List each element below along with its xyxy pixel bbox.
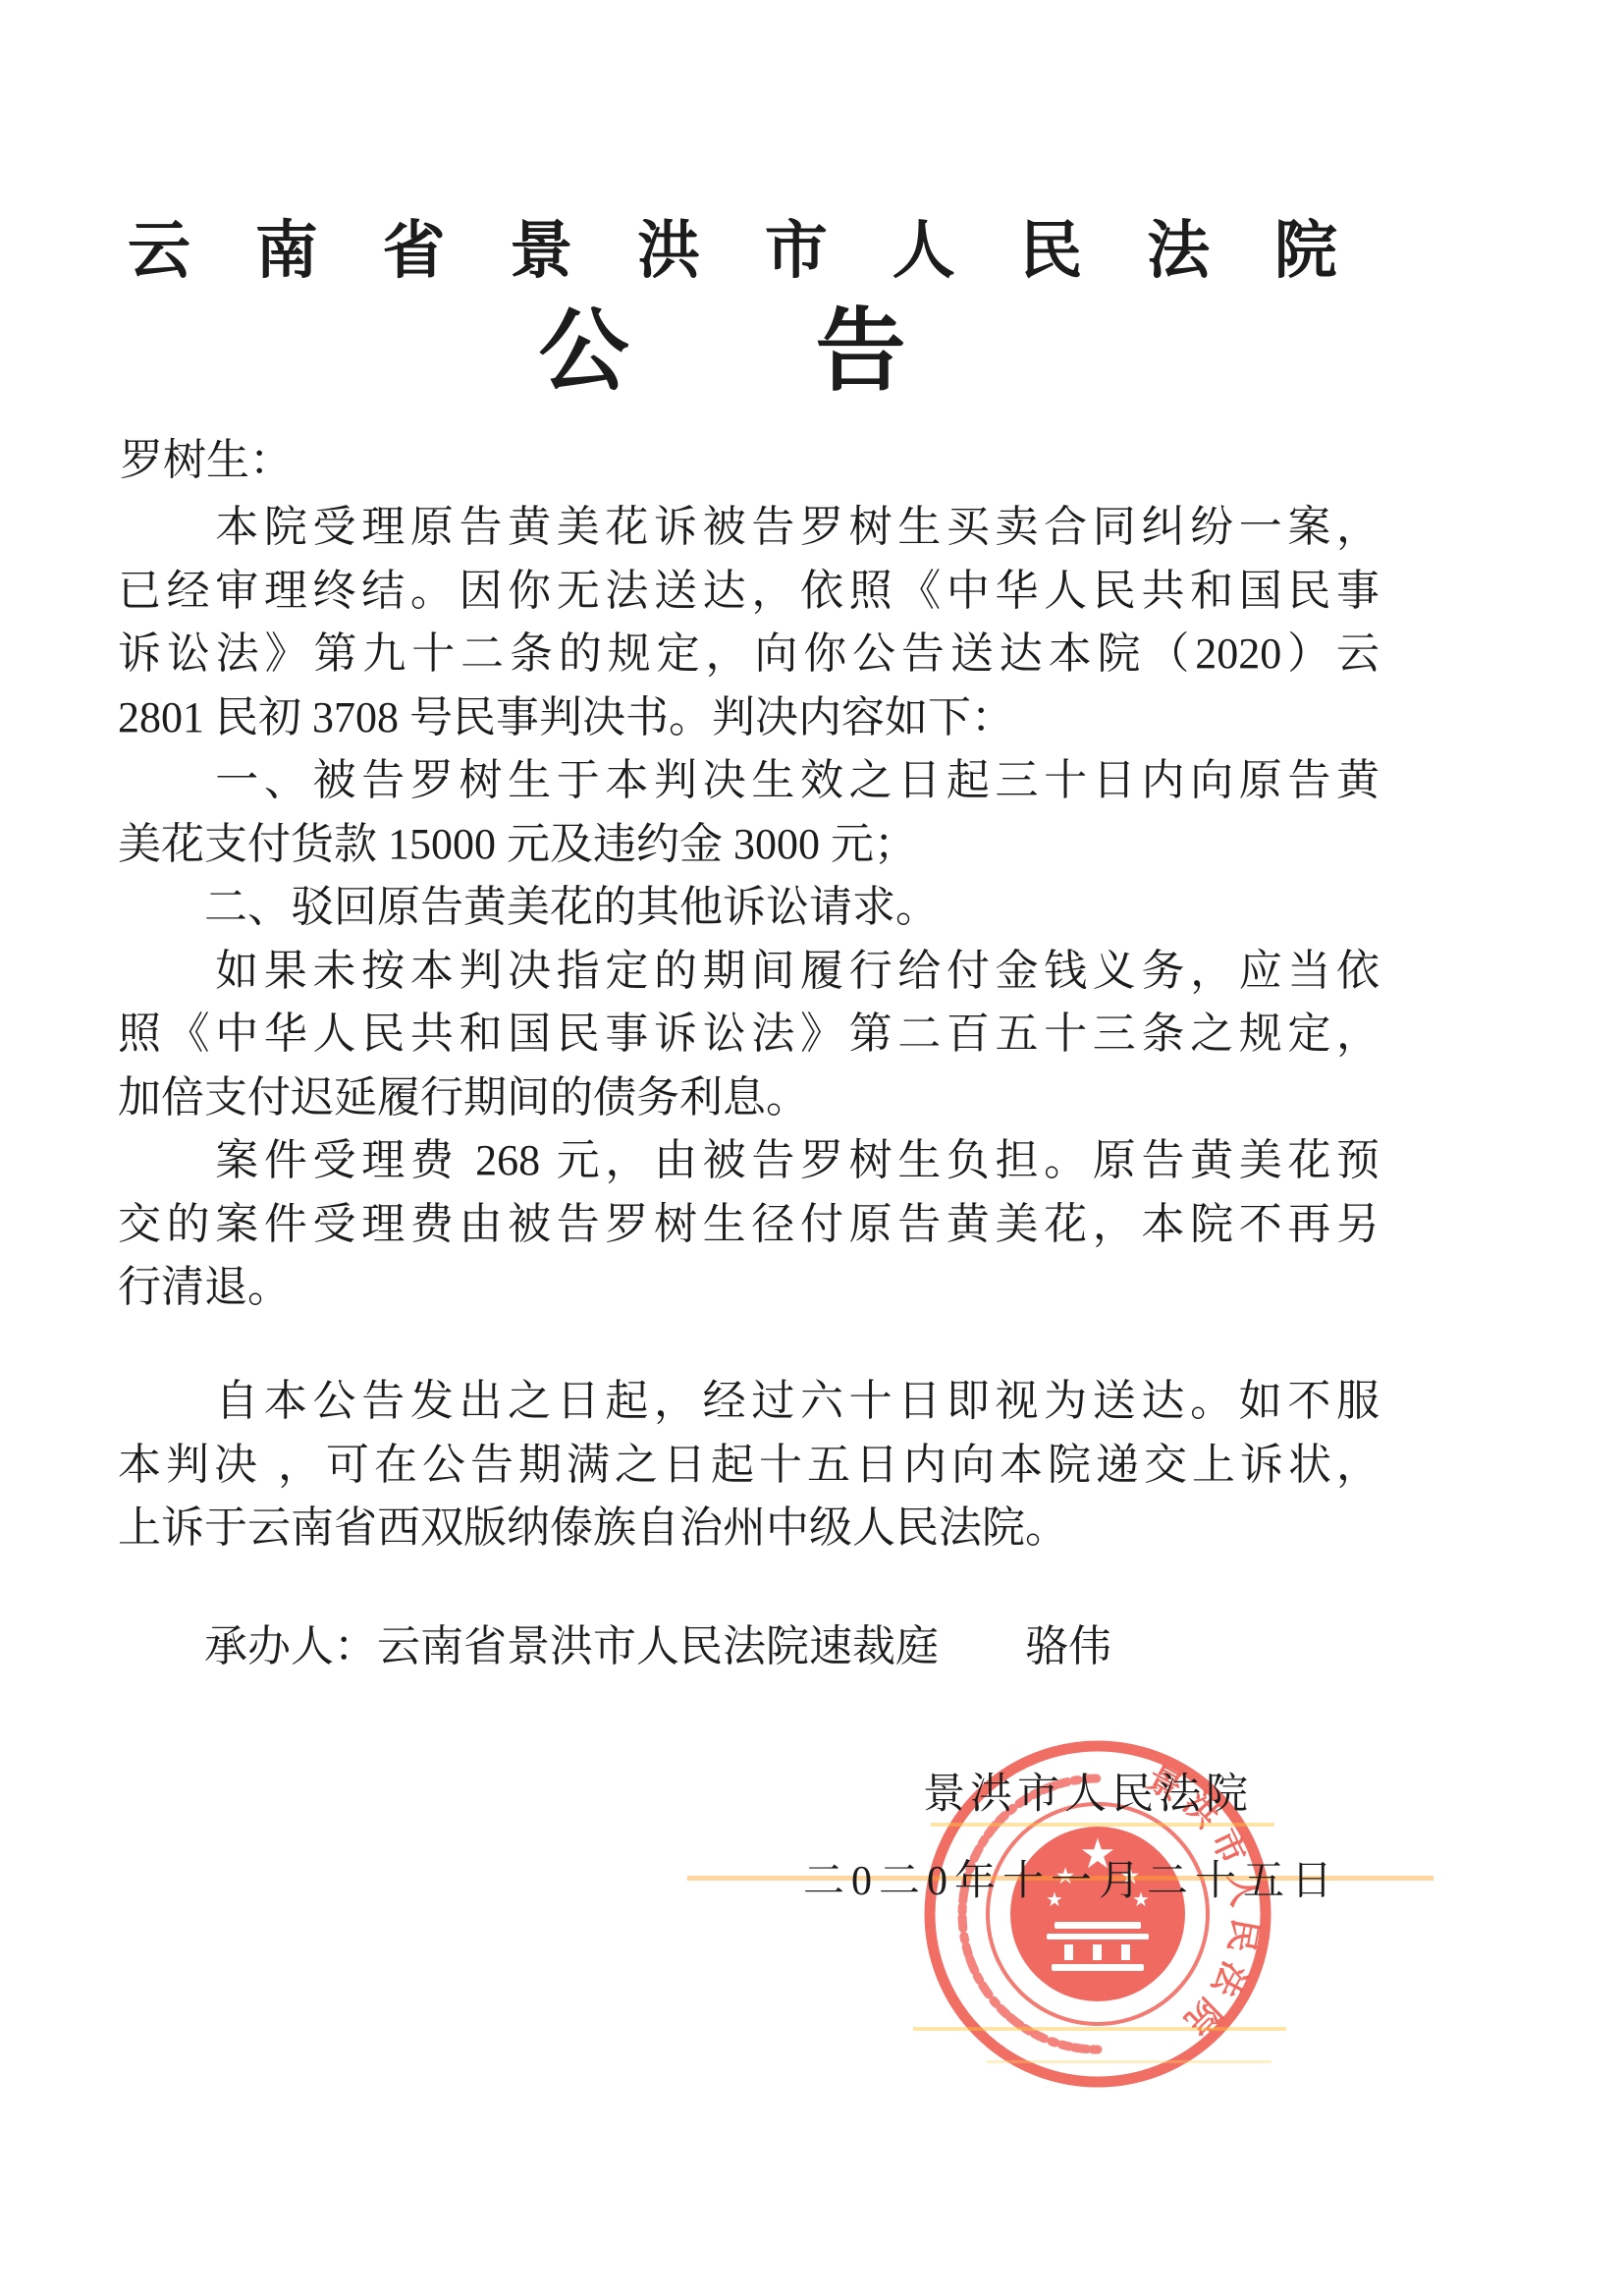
title-char: 市 bbox=[765, 216, 828, 287]
seal-national-emblem-icon: ★ ★ ★ ★ ★ bbox=[1010, 1827, 1185, 2001]
body-line: 美花支付货款 15000 元及违约金 3000 元； bbox=[118, 813, 1380, 877]
title-char: 景 bbox=[510, 216, 572, 287]
body-line: 照《中华人民共和国民事诉讼法》第二百五十三条之规定， bbox=[118, 1003, 1380, 1066]
title-char: 告 bbox=[816, 301, 906, 403]
body-line: 一、被告罗树生于本判决生效之日起三十日内向原告黄 bbox=[118, 749, 1380, 813]
body-line: 案件受理费 268 元，由被告罗树生负担。原告黄美花预 bbox=[118, 1129, 1380, 1193]
body-line: 本院受理原告黄美花诉被告罗树生买卖合同纠纷一案， bbox=[118, 496, 1380, 560]
tiananmen-icon bbox=[1047, 1922, 1149, 1971]
body-block-officer: 承办人：云南省景洪市人民法院速裁庭 骆伟 bbox=[118, 1615, 1380, 1679]
scan-streak bbox=[931, 1823, 1274, 1827]
body-line: 行清退。 bbox=[118, 1256, 1380, 1320]
announcement-page: 云南省景洪市人民法院 公告 罗树生： 本院受理原告黄美花诉被告罗树生买卖合同纠纷… bbox=[0, 0, 1623, 2296]
signature-date: 二0二0年十一月二十五日 bbox=[803, 1856, 1339, 1907]
scan-streak bbox=[913, 2027, 1286, 2031]
title-char: 洪 bbox=[637, 216, 700, 287]
body-line: 承办人：云南省景洪市人民法院速裁庭 骆伟 bbox=[118, 1615, 1380, 1679]
body-line: 二、驳回原告黄美花的其他诉讼请求。 bbox=[118, 876, 1380, 940]
title-char: 云 bbox=[128, 216, 190, 287]
scan-streak bbox=[987, 2060, 1271, 2063]
body-line: 加倍支付迟延履行期间的债务利息。 bbox=[118, 1066, 1380, 1130]
addressee: 罗树生： bbox=[120, 429, 293, 492]
title-char: 南 bbox=[255, 216, 318, 287]
body-block-service-notice: 自本公告发出之日起，经过六十日即视为送达。如不服本判决 ，可在公告期满之日起十五… bbox=[118, 1370, 1380, 1560]
body-line: 本判决 ，可在公告期满之日起十五日内向本院递交上诉状， bbox=[118, 1434, 1380, 1498]
title-char: 省 bbox=[383, 216, 446, 287]
notice-title: 公告 bbox=[91, 301, 1353, 403]
title-char: 院 bbox=[1274, 216, 1337, 287]
body-line: 自本公告发出之日起，经过六十日即视为送达。如不服 bbox=[118, 1370, 1380, 1434]
body-line: 如果未按本判决指定的期间履行给付金钱义务，应当依 bbox=[118, 940, 1380, 1004]
title-char: 民 bbox=[1019, 216, 1082, 287]
body-line: 2801 民初 3708 号民事判决书。判决内容如下： bbox=[118, 686, 1380, 750]
body-line: 已经审理终结。因你无法送达，依照《中华人民共和国民事 bbox=[118, 560, 1380, 624]
court-title: 云南省景洪市人民法院 bbox=[128, 216, 1337, 287]
body-block-main: 本院受理原告黄美花诉被告罗树生买卖合同纠纷一案，已经审理终结。因你无法送达，依照… bbox=[118, 496, 1380, 1320]
title-char: 法 bbox=[1147, 216, 1210, 287]
title-char: 人 bbox=[893, 216, 955, 287]
body-line: 上诉于云南省西双版纳傣族自治州中级人民法院。 bbox=[118, 1497, 1380, 1560]
body-line: 交的案件受理费由被告罗树生径付原告黄美花，本院不再另 bbox=[118, 1193, 1380, 1257]
title-char: 公 bbox=[538, 301, 628, 403]
signature-court: 景洪市人民法院 bbox=[923, 1770, 1253, 1821]
body-line: 诉讼法》第九十二条的规定，向你公告送达本院（2020）云 bbox=[118, 623, 1380, 686]
